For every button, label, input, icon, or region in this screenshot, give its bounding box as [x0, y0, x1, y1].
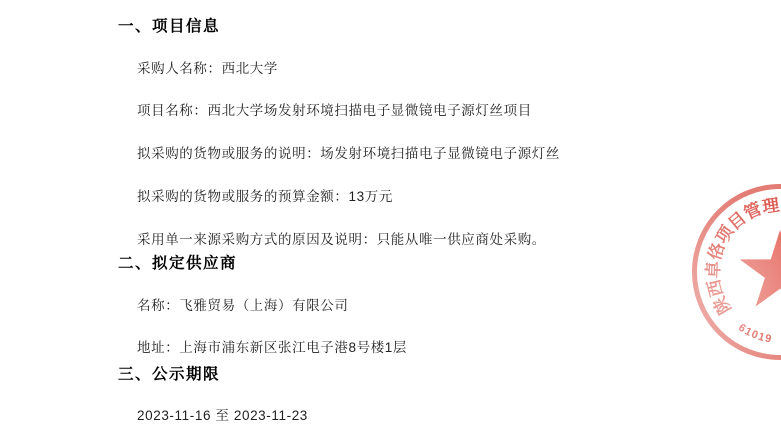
section-heading-project-info: 一、项目信息 [118, 14, 220, 36]
seal-serial-digit: 9 [761, 332, 775, 346]
purchaser-name-line: 采购人名称：西北大学 [137, 57, 278, 77]
company-seal-stamp: 陕 西 卓 佫 项 目 管 理 6 1 0 1 9 [692, 184, 781, 360]
single-source-reason-line: 采用单一来源采购方式的原因及说明：只能从唯一供应商处采购。 [137, 228, 546, 248]
section-heading-proposed-supplier: 二、拟定供应商 [118, 251, 237, 273]
procurement-notice-document: 一、项目信息 采购人名称：西北大学 项目名称：西北大学场发射环境扫描电子显微镜电… [0, 0, 781, 425]
budget-amount-line: 拟采购的货物或服务的预算金额：13万元 [137, 185, 393, 205]
star-icon [738, 230, 781, 314]
seal-ring-char: 理 [760, 195, 781, 218]
project-name-line: 项目名称：西北大学场发射环境扫描电子显微镜电子源灯丝项目 [137, 99, 532, 119]
supplier-name-line: 名称：飞雅贸易（上海）有限公司 [137, 294, 349, 314]
goods-description-line: 拟采购的货物或服务的说明：场发射环境扫描电子显微镜电子源灯丝 [137, 142, 560, 162]
section-heading-publicity-period: 三、公示期限 [118, 362, 220, 384]
supplier-address-line: 地址：上海市浦东新区张江电子港8号楼1层 [137, 336, 407, 356]
publicity-period-dates-line: 2023-11-16 至 2023-11-23 [137, 404, 308, 424]
